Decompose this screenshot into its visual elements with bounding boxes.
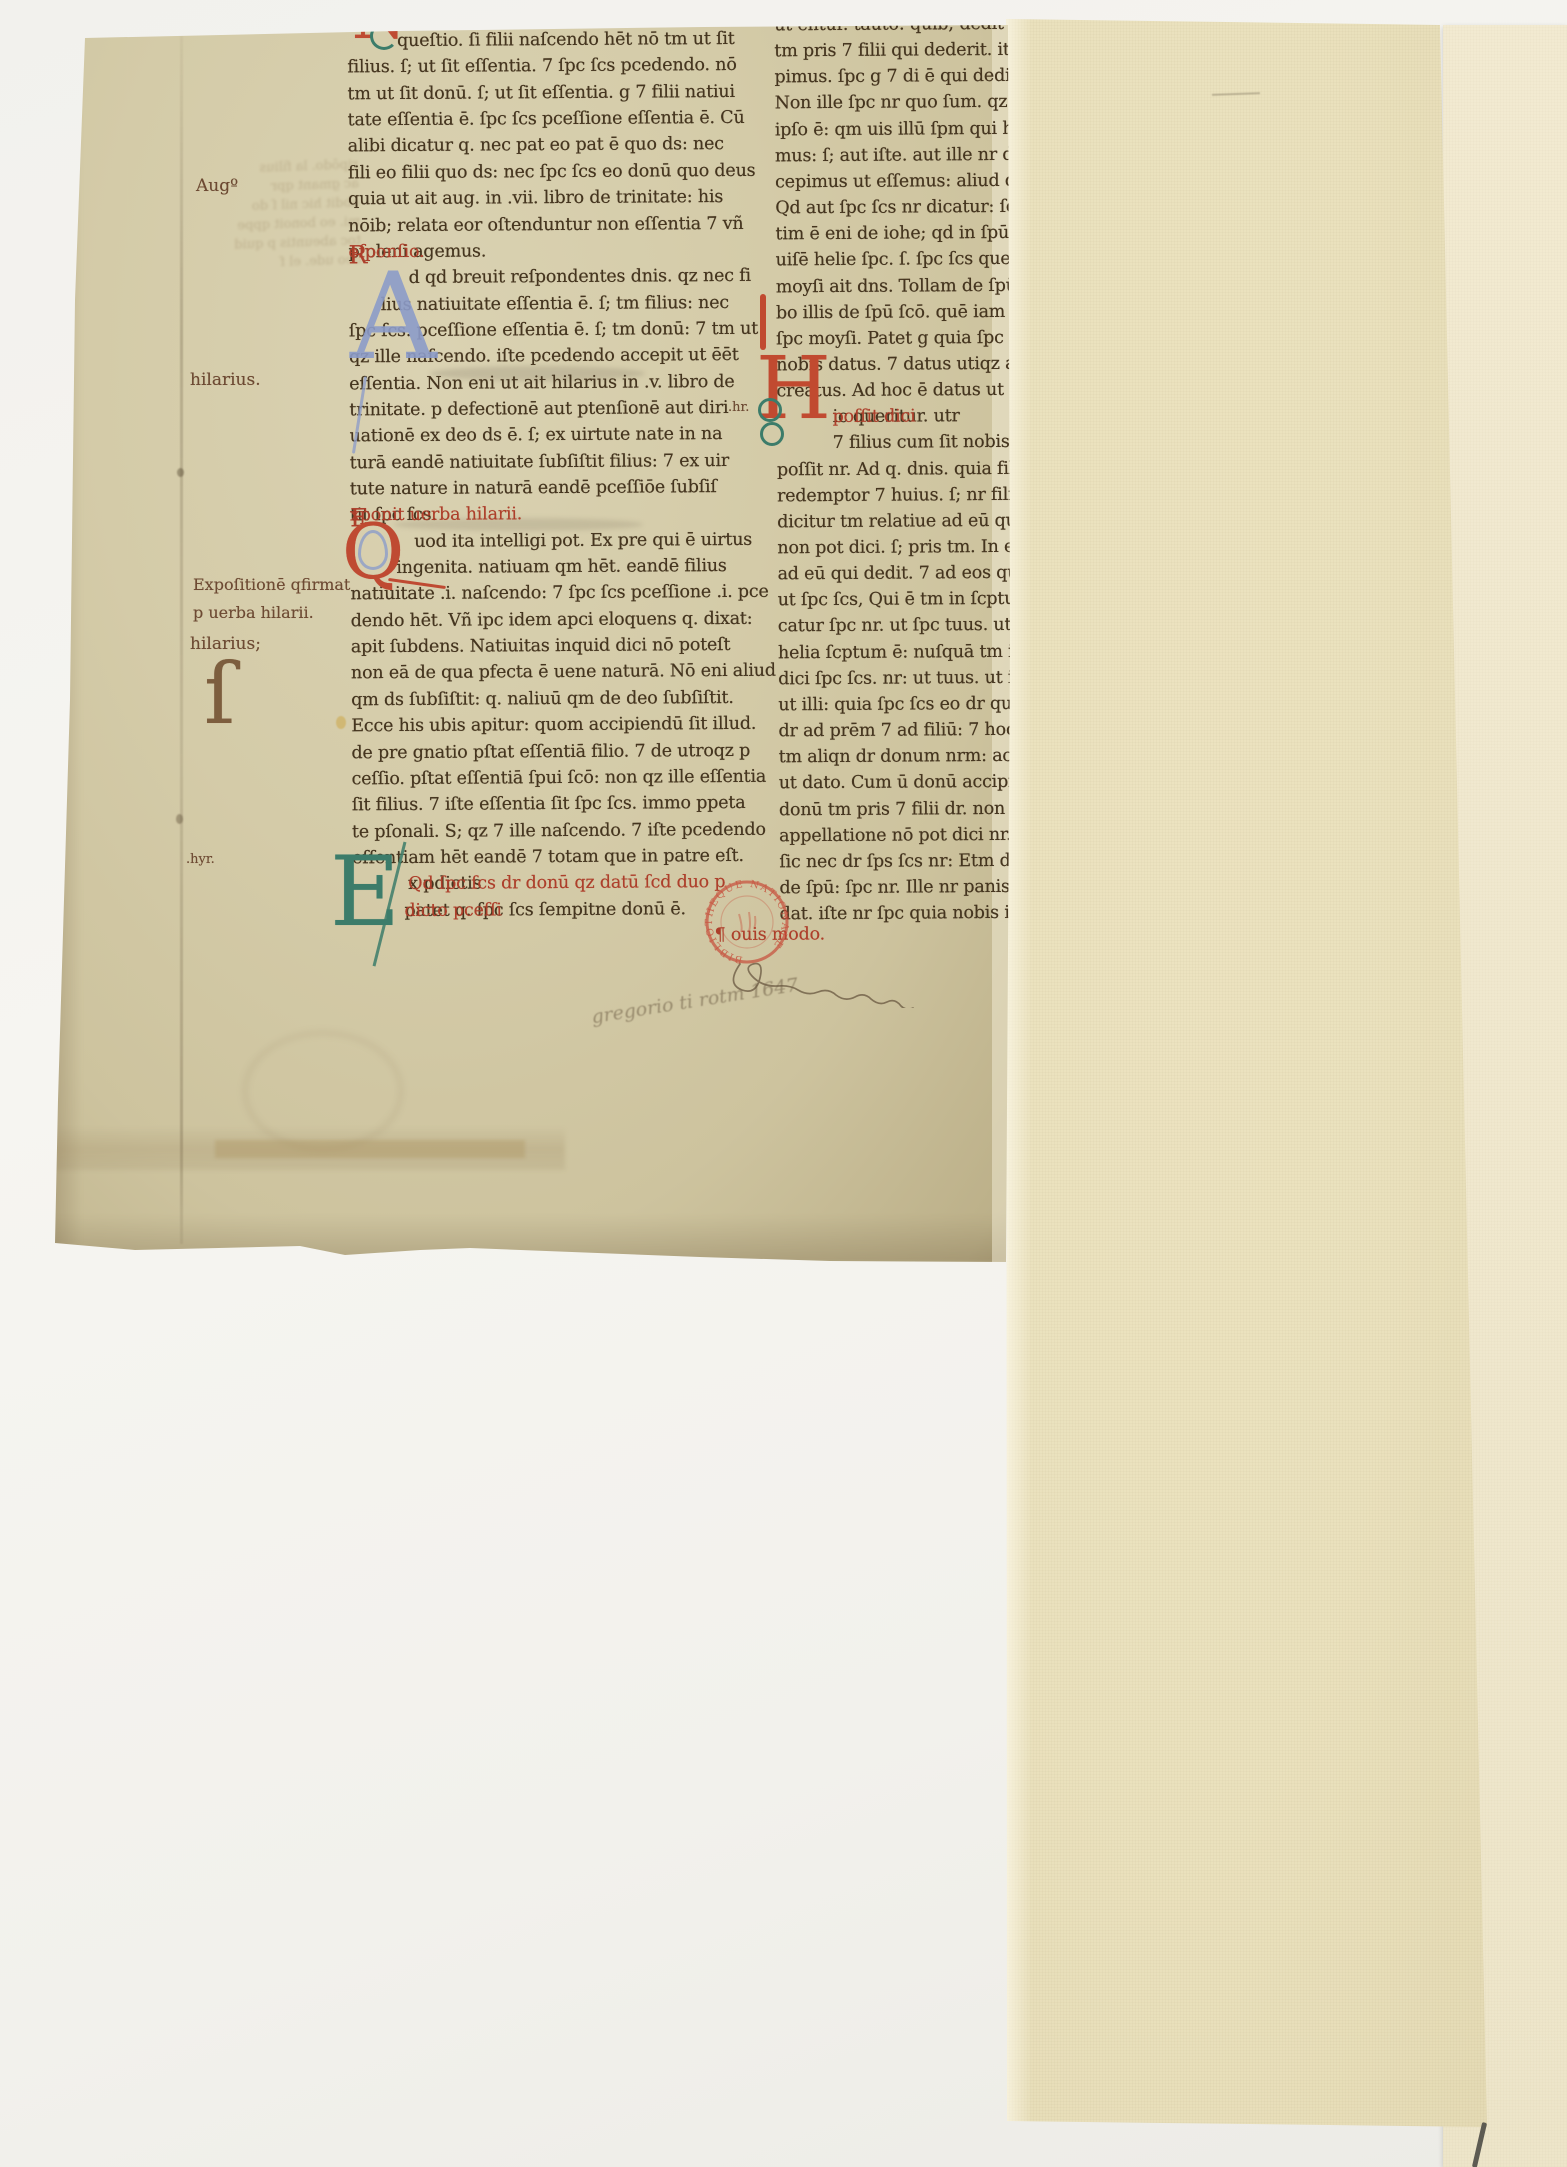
trimmed-rubric-fragment: et	[588, 17, 600, 31]
text-run: uationē ex deo ds ē. ſ; ex uirtute nate …	[349, 424, 722, 446]
green-curl-ornament	[370, 22, 398, 50]
stamp-center-marks	[739, 912, 755, 932]
wrinkle-stain	[215, 1140, 525, 1158]
manuscript-leaf: ripōdo. la filiusac gmant qprabdit hic n…	[0, 0, 1040, 1295]
margin-note-expositione-1: Expoſitionē qfirmat	[193, 575, 350, 594]
text-run: tute nature in naturā eandē pceſſiōe ſub…	[350, 477, 717, 499]
text-run: qm ds ſubſiſtit: q. naliuū qm de deo ſub…	[351, 688, 734, 710]
text-run: ut entur. tauto: quib; dedit	[774, 14, 1004, 35]
text-run: mus: ſ; aut iſte. aut ille nr di. A	[775, 144, 1042, 166]
text-run: de pre gnatio pſtat eſſentiā filio. 7 de…	[351, 740, 750, 762]
text-run: apit ſubdens. Natiuitas inquid dici nō p…	[351, 635, 731, 657]
text-run: catur ſpc nr. ut ſpc tuus. ut illi	[778, 615, 1039, 637]
faint-pencil-mark	[1212, 92, 1260, 96]
margin-note-citation-2: .hyr.	[186, 852, 215, 867]
scan-background: { "document": { "type": "Digitized medie…	[0, 0, 1567, 2167]
text-run: d qd breuit reſpondentes dnis. qz nec fi	[409, 266, 751, 288]
text-run: pimus. ſpc g 7 di ē qui dedit.	[774, 66, 1022, 88]
text-run: tm ut ſit donū. ſ; ut ſit eſſentia. g 7 …	[347, 82, 735, 104]
rubric-run: Qd ſpc ſcs dr donū qz datū ſcd duo p	[408, 872, 725, 894]
margin-note-hilarius: hilarius.	[190, 370, 261, 390]
text-run: eſſentiam hēt eandē 7 totam que in patre…	[352, 846, 744, 868]
text-run: poſſit nr. Ad q. dnis. quia filii dr	[777, 458, 1050, 480]
yellow-stain-dot	[336, 716, 346, 729]
text-run: quia ut ait aug. in .vii. libro de trini…	[348, 187, 723, 209]
rubric-run: dicto pceſſi	[404, 900, 501, 921]
text-run: tm pris 7 filii qui dederit. it. ſ;	[774, 40, 1032, 62]
initial-glyph: A	[350, 258, 437, 378]
text-column-left: queſtio. ſi filii naſcendo hēt nō tm ut …	[347, 29, 783, 992]
margin-note-expositione-2: p uerba hilarii.	[193, 603, 314, 622]
text-run: uiſē helie ſpc. ſ. ſpc ſcs quem a	[776, 249, 1043, 271]
margin-note-augustinus: Augº	[196, 176, 238, 196]
text-run: filius. ſ; ut ſit eſſentia. 7 ſpc ſcs pc…	[347, 55, 736, 77]
text-run: trinitate. p defectionē aut ptenſionē au…	[349, 398, 728, 420]
leaf-edge-shading-bottom	[52, 1215, 1008, 1263]
text-run: nōib; relata eor oſtenduntur non eſſenti…	[348, 213, 743, 235]
text-run: fili eo filii quo ds: nec ſpc ſcs eo don…	[348, 161, 756, 183]
text-run: natiuitate .i. naſcendo: 7 ſpc ſcs pceſſ…	[350, 582, 768, 605]
text-run: queſtio. ſi filii naſcendo hēt nō tm ut …	[397, 29, 735, 51]
blue-filigree-ornament	[358, 530, 388, 570]
backing-sheet-edge-highlight	[1006, 17, 1032, 2129]
trimmed-rubric-fragment: s	[666, 13, 672, 27]
text-run: ſit filius. 7 iſte eſſentia ſit ſpc ſcs.…	[352, 793, 746, 815]
green-knot-ornament	[758, 398, 782, 422]
binding-crease	[180, 36, 183, 1244]
text-run: ingenita. natiuam qm hēt. eandē filius	[396, 556, 726, 578]
text-run: uod ita intelligi pot. Ex pre qui ē uirt…	[414, 530, 752, 552]
leaf-edge-shading-left	[52, 36, 82, 1246]
stitch-hole	[176, 814, 183, 824]
text-run: dici ſpc ſcs. nr: ut tuus. ut illius	[778, 667, 1049, 689]
initial-glyph: E	[330, 844, 400, 940]
margin-flourish: ſ	[204, 652, 235, 736]
margin-note-citation: .hr.	[728, 400, 749, 415]
text-run: ceſſio. pſtat eſſentiā ſpui ſcō: non qz …	[352, 767, 767, 790]
show-through-text: ripōdo. la filiusac gmant qprabdit hic n…	[198, 155, 362, 275]
text-run: Ecce his ubis apitur: quom accipiendū ſi…	[351, 714, 756, 736]
text-run: turā eandē natiuitate ſubſiſtit filius: …	[350, 451, 729, 473]
text-run: ipſo ē: qm uis illū ſpm qui hois	[775, 118, 1038, 140]
stitch-hole	[177, 468, 184, 477]
text-run: tate eſſentia ē. ſpc ſcs pceſſione eſſen…	[348, 108, 745, 130]
text-run: non eā de qua pfecta ē uene naturā. Nō e…	[351, 661, 776, 684]
rubric-run: poſſit dici	[833, 407, 916, 428]
green-knot-ornament	[760, 422, 784, 446]
text-run: te pſonali. S; qz 7 ille naſcendo. 7 iſt…	[352, 819, 766, 842]
text-run: helia ſcptum ē: nuſquā tm in ſc	[778, 641, 1046, 663]
text-run: alibi dicatur q. nec pat eo pat ē quo ds…	[348, 134, 724, 156]
backing-sheet-main	[1006, 17, 1487, 2129]
text-run: dendo hēt. Vñ ipc idem apci eloquens q. …	[351, 609, 753, 631]
initial-ascender	[760, 294, 766, 350]
